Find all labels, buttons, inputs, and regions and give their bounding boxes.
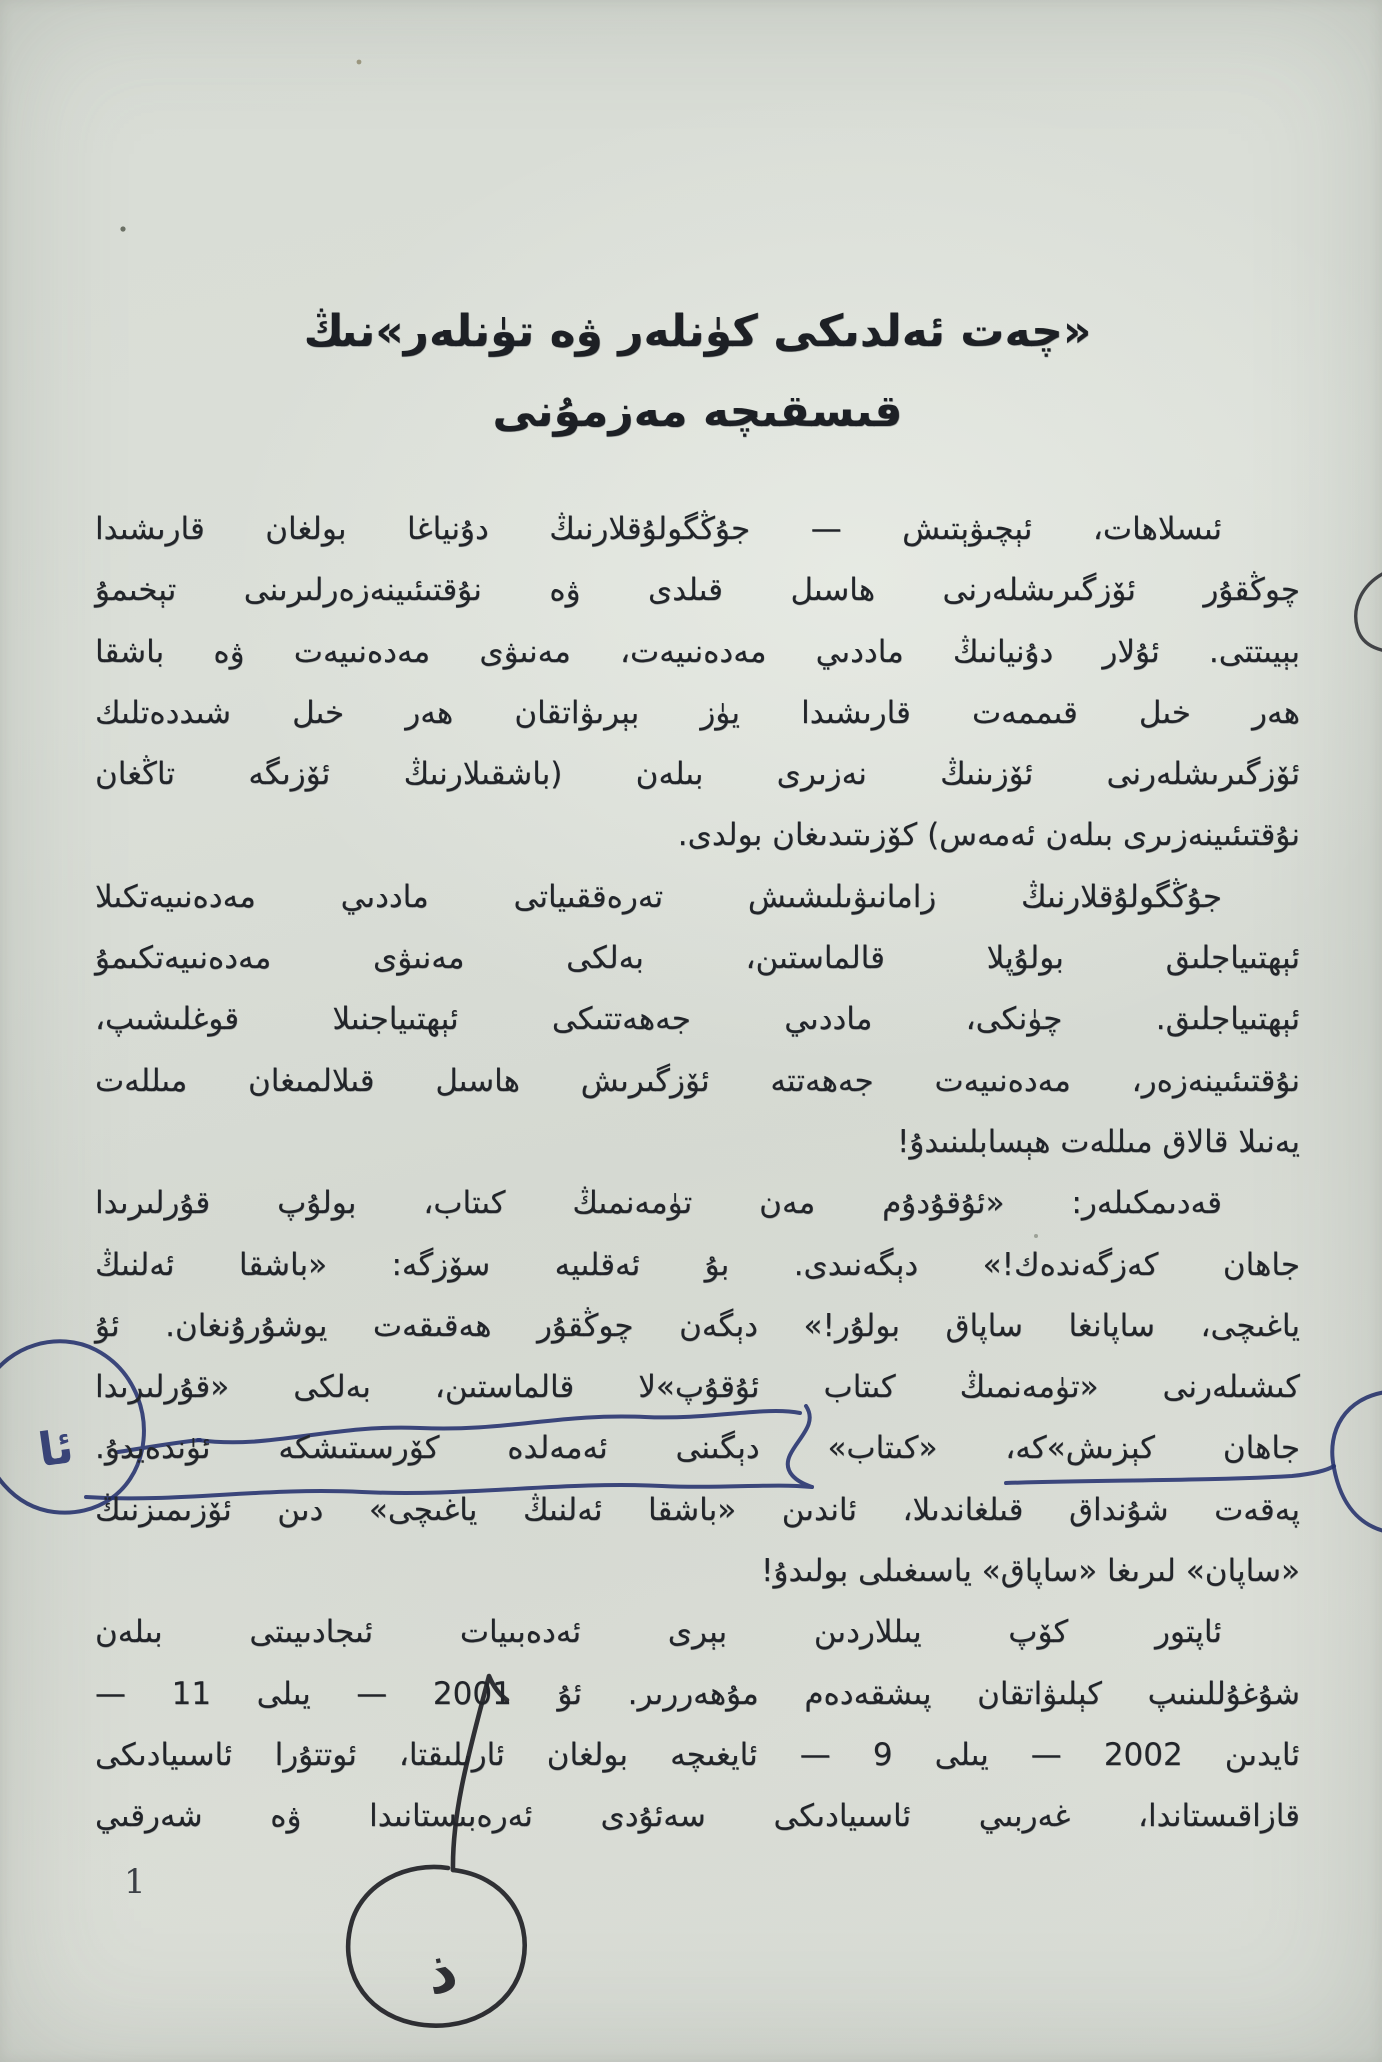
text-line: جاھان كەزگەندەك!» دېگەنىدى. بۇ ئەقلىيە س… [95,1235,1300,1296]
body-text: ئىسلاھات، ئېچىۋېتىش — جۇڭگولۇقلارنىڭ دۇن… [95,499,1300,1848]
text-line: ئايدىن 2002 — يىلى 9 — ئايغىچە بولغان ئا… [95,1725,1300,1786]
text-line: ياغىچى، ساپانغا ساپاق بولۇر!» دېگەن چوڭق… [95,1296,1300,1357]
text-line: ئېھتىياجلىق. چۈنكى، ماددىي جەھەتتىكى ئېھ… [95,989,1300,1050]
text-line: نۇقتىئىينەزىرى بىلەن ئەمەس) كۆزىتىدىغان … [95,805,1300,866]
right-edge-mark [1356,572,1382,651]
text-line: ئۆزگىرىشلەرنى ئۆزىنىڭ نەزىرى بىلەن (باشق… [95,744,1300,805]
margin-note-letter: ئا [35,1419,77,1477]
text-line: «ساپان» لىرىغا «ساپاق» ياسىغىلى بولىدۇ! [95,1541,1300,1602]
scanned-document-page: ئا ذ «چەت ئەلدىكى كۈنلەر ۋە تۈنلەر»نىڭقى… [0,0,1382,2062]
loop-stroke [1332,1392,1382,1532]
text-line: چوڭقۇر ئۆزگىرىشلەرنى ھاسىل قىلدى ۋە نۇقت… [95,560,1300,621]
paper-speck [357,60,362,65]
text-line: ئېھتىياجلىق بولۇپلا قالماستىن، بەلكى مەن… [95,928,1300,989]
text-line: يەنىلا قالاق مىللەت ھېسابلىنىدۇ! [95,1112,1300,1173]
text-line: قازاقىستاندا، غەربىي ئاسىيادىكى سەئۇدى ئ… [95,1786,1300,1847]
text-line: نۇقتىئىينەزەر، مەدەنىيەت جەھەتتە ئۆزگىرى… [95,1051,1300,1112]
text-line: ئىسلاھات، ئېچىۋېتىش — جۇڭگولۇقلارنىڭ دۇن… [95,499,1300,560]
text-line: ھەر خىل قىممەت قارىشىدا يۈز بېرىۋاتقان ھ… [95,683,1300,744]
right-margin-loop [1332,1392,1382,1532]
document-title: «چەت ئەلدىكى كۈنلەر ۋە تۈنلەر»نىڭقىسقىچە… [95,292,1300,452]
title-line-2: قىسقىچە مەزمۇنى [492,386,902,437]
page-number: 1 [124,1862,146,1902]
text-line: شۇغۇللىنىپ كېلىۋاتقان پىشقەدەم مۇھەررىر.… [95,1664,1300,1725]
text-line: كىشىلەرنى «تۈمەنمىڭ كىتاب ئۇقۇپ»لا قالما… [95,1357,1300,1418]
text-line: پەقەت شۇنداق قىلغاندىلا، ئاندىن «باشقا ئ… [95,1480,1300,1541]
bottom-note-letter: ذ [420,1935,463,2008]
text-line: قەدىمكىلەر: «ئۇقۇدۇم مەن تۈمەنمىڭ كىتاب،… [95,1173,1300,1234]
text-line: جۇڭگولۇقلارنىڭ زامانىۋىلىشىش تەرەققىياتى… [95,867,1300,928]
note-circle-stroke [348,1867,525,2026]
title-line-1: «چەت ئەلدىكى كۈنلەر ۋە تۈنلەر»نىڭ [304,306,1092,357]
text-line: جاھان كېزىش»كە، «كىتاب» دېگىنى ئەمەلدە ك… [95,1418,1300,1479]
text-line: ئاپتور كۆپ يىللاردىن بېرى ئەدەبىيات ئىجا… [95,1602,1300,1663]
paper-speck [120,226,125,231]
text-line: بېيىتتى. ئۇلار دۇنيانىڭ ماددىي مەدەنىيەت… [95,622,1300,683]
